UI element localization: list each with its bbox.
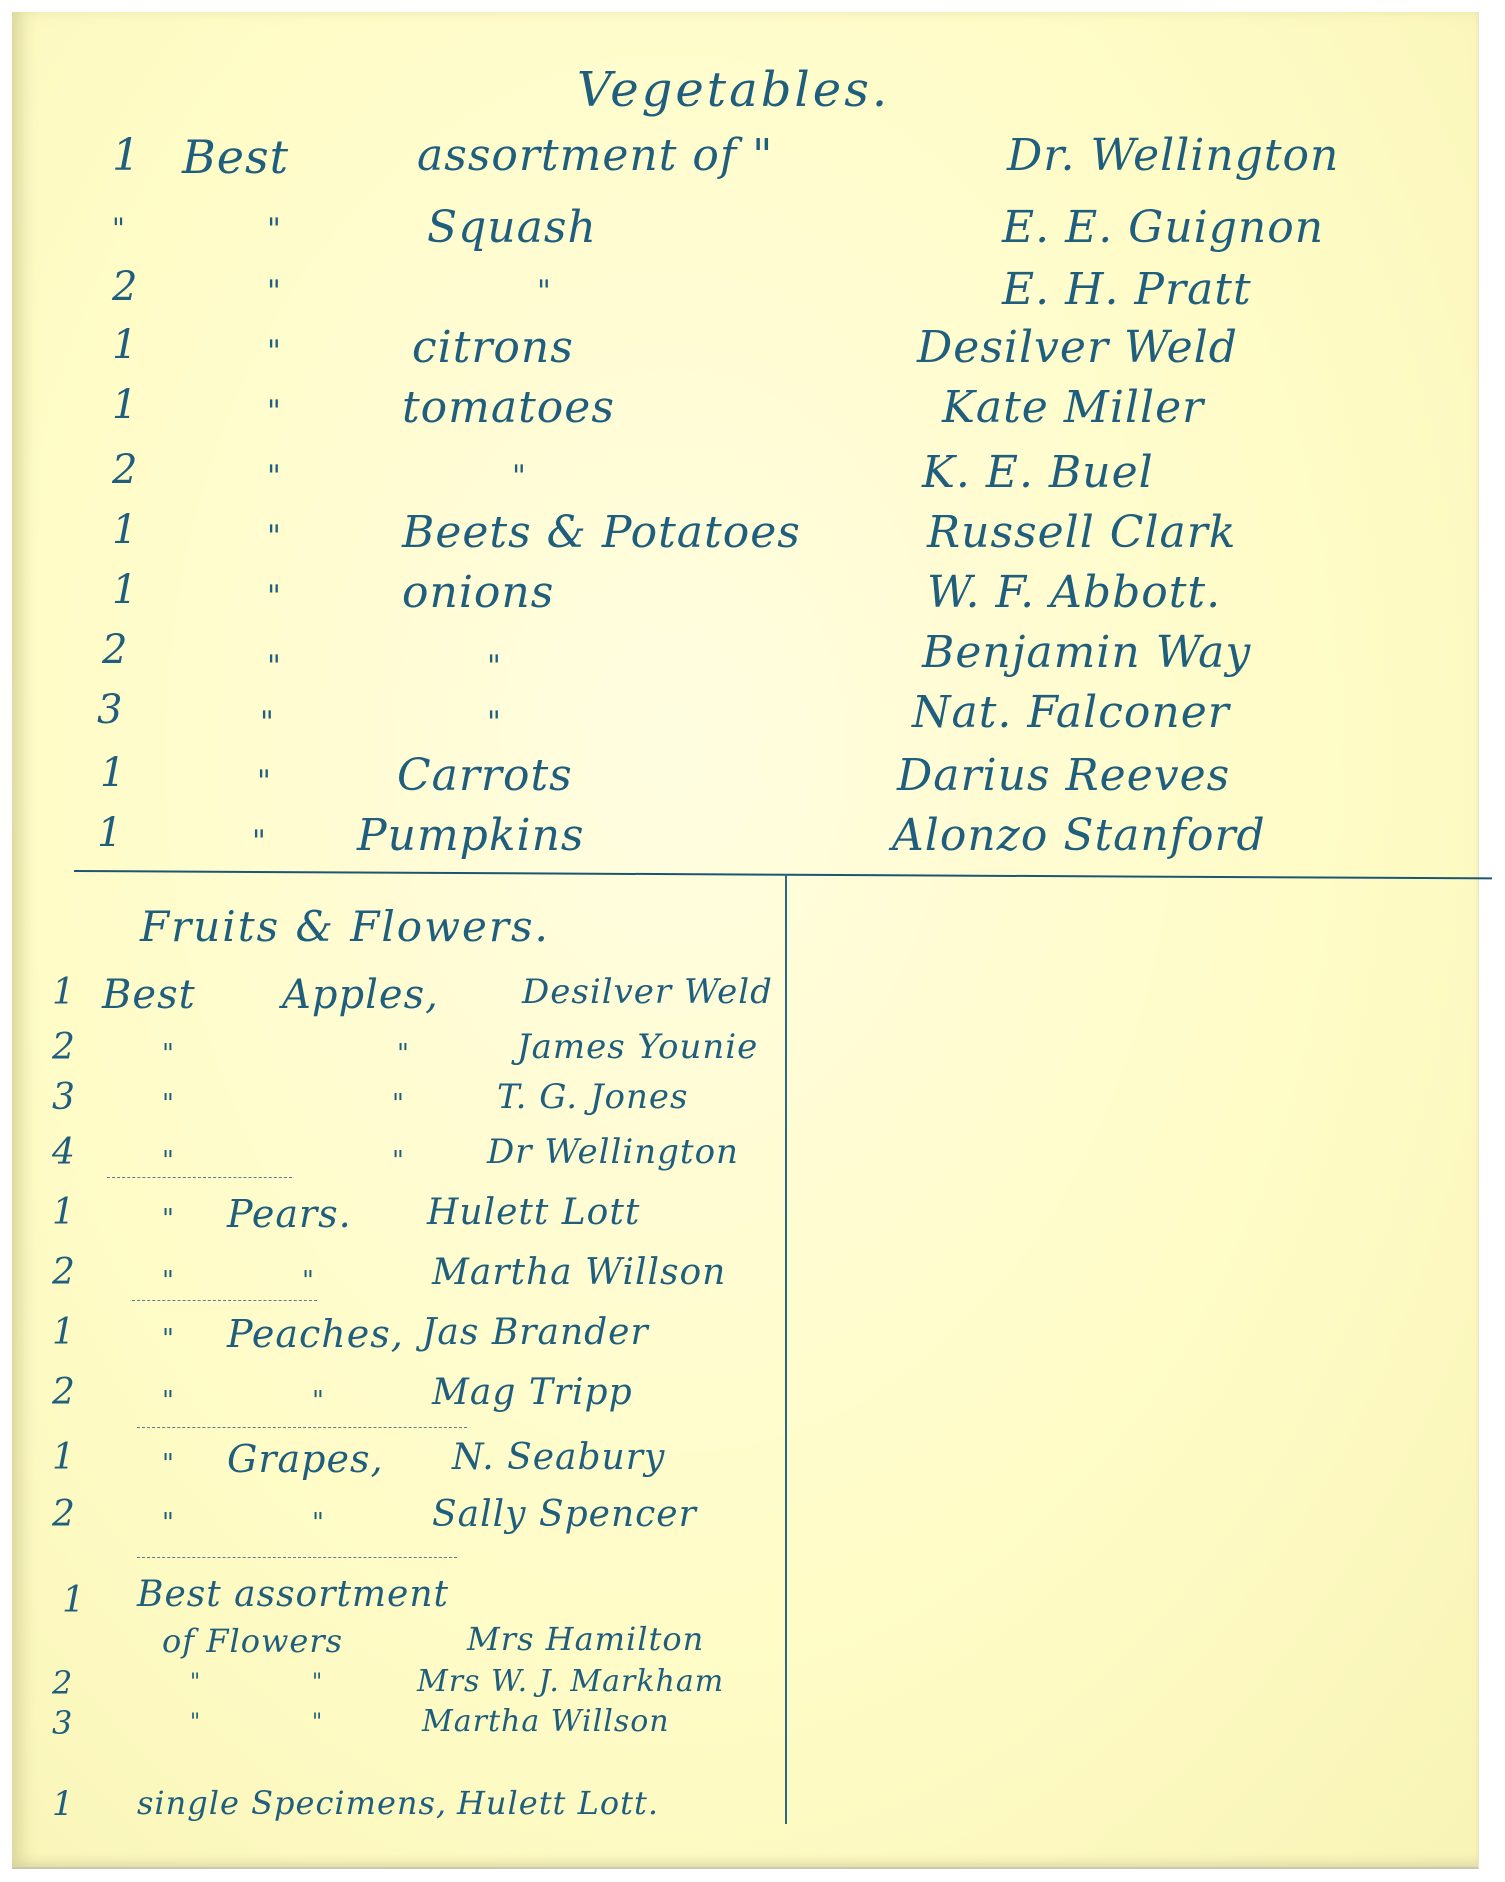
place-number: 2 — [52, 1664, 73, 1702]
winner-name: Kate Miller — [942, 382, 1204, 433]
place-number: 1 — [52, 1784, 75, 1824]
place-number: 1 — [112, 382, 138, 428]
ditto-mark: " — [190, 1670, 201, 1695]
group-separator — [137, 1427, 467, 1428]
winner-name: Benjamin Way — [922, 627, 1251, 678]
place-number: 1 — [100, 750, 126, 796]
place-number: 1 — [52, 1192, 76, 1233]
list-item: 2 " " James Younie — [12, 1027, 782, 1083]
category: Squash — [427, 202, 597, 253]
winner-name: W. F. Abbott. — [927, 567, 1221, 618]
ditto-mark: " — [267, 519, 282, 554]
place-number: 2 — [52, 1027, 76, 1068]
place-number: 1 — [112, 507, 138, 553]
place-number: 1 — [52, 1437, 76, 1478]
list-item: 1 " Beets & Potatoes Russell Clark — [12, 507, 1478, 567]
ditto-mark: " — [162, 1449, 175, 1479]
ditto-mark: " — [312, 1670, 323, 1695]
place-number: 3 — [97, 687, 123, 733]
winner-name: Russell Clark — [927, 507, 1236, 558]
category: Peaches, — [227, 1312, 404, 1356]
place-number: 1 — [112, 567, 138, 613]
list-item: 4 " " Dr Wellington — [12, 1132, 782, 1188]
ditto-mark: " — [162, 1508, 175, 1538]
place-number: 1 — [52, 972, 76, 1013]
ditto-mark: " — [397, 1039, 410, 1069]
winner-name: Mag Tripp — [432, 1372, 633, 1413]
section-title-vegetables: Vegetables. — [577, 62, 890, 118]
winner-name: E. E. Guignon — [1002, 202, 1324, 253]
category-continued: of Flowers — [162, 1622, 343, 1660]
place-number: 2 — [102, 627, 128, 673]
place-number: 2 — [112, 447, 138, 493]
ditto-mark: " — [267, 212, 282, 247]
ditto-mark: " — [487, 705, 502, 740]
ditto-mark: " — [267, 649, 282, 684]
winner-name: Martha Willson — [422, 1704, 670, 1739]
winner-name: Hulett Lott — [427, 1192, 640, 1233]
category: onions — [402, 567, 554, 618]
list-item: 1 " Grapes, N. Seabury — [12, 1437, 782, 1493]
winner-name: E. H. Pratt — [1002, 264, 1252, 315]
winner-name: N. Seabury — [452, 1437, 665, 1478]
group-separator — [137, 1557, 457, 1558]
winner-name: Sally Spencer — [432, 1494, 697, 1535]
ditto-mark: " — [312, 1386, 325, 1416]
column-divider-vertical — [785, 874, 787, 1824]
place-number: 2 — [52, 1252, 76, 1293]
ditto-mark: " — [257, 764, 272, 799]
list-item: 2 " " E. H. Pratt — [12, 264, 1478, 324]
list-item: 1 " Carrots Darius Reeves — [12, 750, 1478, 810]
category: Carrots — [397, 750, 573, 801]
ditto-mark: " — [190, 1710, 201, 1735]
place-number: 1 — [62, 1580, 86, 1621]
ditto-mark: " — [162, 1146, 175, 1176]
list-item: 1 " Pears. Hulett Lott — [12, 1192, 782, 1248]
winner-name: Desilver Weld — [917, 322, 1238, 373]
section-title-fruits-flowers: Fruits & Flowers. — [140, 902, 550, 951]
ditto-mark: " — [392, 1146, 405, 1176]
category: assortment of " — [417, 130, 773, 181]
ditto-mark: " — [162, 1324, 175, 1354]
place-number: 1 — [112, 322, 138, 368]
ditto-mark: " — [267, 394, 282, 429]
entry-lead: Best — [102, 972, 196, 1018]
place-number: 2 — [52, 1494, 76, 1535]
ditto-mark: " — [312, 1710, 323, 1735]
category: Pears. — [227, 1192, 352, 1236]
winner-name: Jas Brander — [422, 1312, 649, 1353]
place-number: 3 — [52, 1077, 76, 1118]
section-divider-horizontal — [74, 870, 1492, 879]
list-item: 1 " citrons Desilver Weld — [12, 322, 1478, 382]
place-number: " — [112, 212, 126, 245]
list-item: 2 " " Mag Tripp — [12, 1372, 782, 1428]
scanned-document-page: Vegetables. 1 Best assortment of " Dr. W… — [12, 12, 1479, 1869]
ditto-mark: " — [267, 579, 282, 614]
category: tomatoes — [402, 382, 615, 433]
winner-name: Dr Wellington — [487, 1132, 739, 1172]
ditto-mark: " — [252, 824, 267, 859]
place-number: 3 — [52, 1704, 73, 1742]
category: Beets & Potatoes — [402, 507, 801, 558]
list-item: 1 Best assortment of " Dr. Wellington — [12, 130, 1478, 190]
place-number: 1 — [97, 810, 123, 856]
place-number: 1 — [112, 130, 141, 181]
place-number: 4 — [52, 1132, 76, 1173]
list-item: 3 " " Nat. Falconer — [12, 687, 1478, 747]
ditto-mark: " — [260, 705, 275, 740]
ditto-mark: " — [537, 274, 552, 309]
ditto-mark: " — [512, 459, 527, 494]
winner-name: James Younie — [517, 1027, 758, 1067]
ditto-mark: " — [312, 1508, 325, 1538]
winner-name: Hulett Lott. — [457, 1784, 659, 1822]
winner-name: Darius Reeves — [897, 750, 1230, 801]
category: citrons — [412, 322, 574, 373]
group-separator — [132, 1300, 317, 1301]
ditto-mark: " — [162, 1266, 175, 1296]
ditto-mark: " — [162, 1089, 175, 1119]
category: Apples, — [282, 972, 439, 1018]
list-item: 1 " Pumpkins Alonzo Stanford — [12, 810, 1478, 870]
winner-name: Alonzo Stanford — [892, 810, 1266, 861]
list-item: 3 " " Martha Willson — [12, 1704, 782, 1760]
winner-name: Dr. Wellington — [1007, 130, 1339, 181]
ditto-mark: " — [267, 334, 282, 369]
list-item: 3 " " T. G. Jones — [12, 1077, 782, 1133]
category: Pumpkins — [357, 810, 584, 861]
list-item: 1 Best Apples, Desilver Weld — [12, 972, 782, 1028]
ditto-mark: " — [392, 1089, 405, 1119]
winner-name: Nat. Falconer — [912, 687, 1230, 738]
winner-name: Martha Willson — [432, 1252, 726, 1293]
place-number: 2 — [112, 264, 138, 310]
list-item: " " Squash E. E. Guignon — [12, 202, 1478, 262]
place-number: 1 — [52, 1312, 76, 1353]
ditto-mark: " — [302, 1266, 315, 1296]
list-item: 1 " tomatoes Kate Miller — [12, 382, 1478, 442]
entry-lead: Best — [182, 130, 289, 184]
winner-name: K. E. Buel — [922, 447, 1154, 498]
ditto-mark: " — [162, 1204, 175, 1234]
ditto-mark: " — [267, 459, 282, 494]
category: single Specimens, — [137, 1784, 447, 1822]
winner-name: Mrs Hamilton — [467, 1620, 704, 1658]
list-item: 2 " " Benjamin Way — [12, 627, 1478, 687]
list-item: 2 " " Sally Spencer — [12, 1494, 782, 1550]
category: Best assortment — [137, 1574, 449, 1615]
winner-name: T. G. Jones — [497, 1077, 688, 1117]
ditto-mark: " — [162, 1386, 175, 1416]
category: Grapes, — [227, 1437, 384, 1481]
winner-name: Desilver Weld — [522, 972, 773, 1012]
ditto-mark: " — [162, 1039, 175, 1069]
ditto-mark: " — [267, 274, 282, 309]
list-item: 2 " " Martha Willson — [12, 1252, 782, 1308]
winner-name: Mrs W. J. Markham — [417, 1664, 724, 1699]
group-separator — [107, 1177, 292, 1178]
list-item: 1 " Peaches, Jas Brander — [12, 1312, 782, 1368]
single-specimens-entry: 1 single Specimens, Hulett Lott. — [12, 1784, 782, 1840]
ditto-mark: " — [487, 649, 502, 684]
list-item: 2 " " K. E. Buel — [12, 447, 1478, 507]
place-number: 2 — [52, 1372, 76, 1413]
list-item: 1 " onions W. F. Abbott. — [12, 567, 1478, 627]
